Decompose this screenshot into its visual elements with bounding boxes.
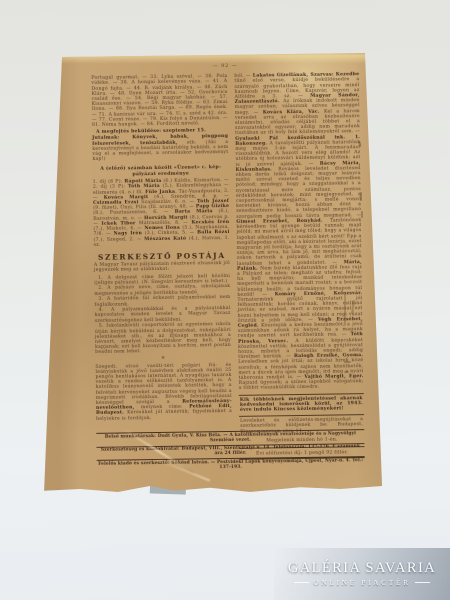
- text-segment: Mészáros Kató: [144, 236, 186, 242]
- watermark-rule-right: [415, 582, 430, 583]
- subscriber-notice: Kik többieknek megjelentetéssel akarnak …: [239, 394, 364, 417]
- school-notes-paragraph: Szegedi, olcsó vasúti-téri polgári fiú- …: [95, 363, 232, 422]
- photo-contest-heading: A (előző) számban közölt «Üzenet» c. kép…: [99, 166, 223, 179]
- text-segment: Rajzaid ügyesek; a színes lapokból válog…: [239, 379, 364, 391]
- left-column: Portugál gyarmat. — 33. Lyka szóval. — 3…: [91, 74, 232, 428]
- newspaper-page: — 92 — Portugál gyarmat. — 33. Lyka szóv…: [0, 0, 450, 600]
- text-segment: Rovásos leveledet díszítésed ebben derűs…: [236, 166, 362, 220]
- pencil-mark: [361, 211, 363, 218]
- pencil-mark: [360, 192, 362, 201]
- text-segment: (7.), Szeged, 2. —: [94, 237, 145, 243]
- rule-item-5: 5. Iskolánkívüli csoportokról az egyetem…: [95, 322, 231, 355]
- rule-item-4: 4. A pályamunkákkal és a pályázatokkal k…: [95, 306, 231, 324]
- auction-photo: { "watermark": { "title": "GALÉRIA SAVAR…: [0, 0, 450, 600]
- editor-replies: ból. — Lakatos Gizellának, Szarvas: Keze…: [234, 72, 363, 391]
- prizes-paragraph: Jutalmak: Könyvek, babák, pingpong felsz…: [92, 134, 228, 162]
- crossword-solutions: Portugál gyarmat. — 33. Lyka szóval. — 3…: [91, 74, 228, 128]
- pencil-mark: [344, 294, 346, 326]
- colophon-line-3: Felelős kiadó és szerkesztő: Sükösd Istv…: [97, 458, 365, 474]
- editors-post-heading: SZERKESZTŐ POSTÁJA: [94, 253, 230, 260]
- photo-contest-results: 1. díj (6 P): Rápoti Mária (6.) Káldis, …: [93, 178, 230, 248]
- right-column: ból. — Lakatos Gizellának, Szarvas: Keze…: [234, 72, 364, 426]
- watermark-title: GALÉRIA SAVARIA: [288, 561, 436, 576]
- watermark-subtitle: ONLINE PIACTÉR: [313, 578, 410, 587]
- watermark-subtitle-row: ONLINE PIACTÉR: [294, 578, 429, 587]
- page-number: — 92 —: [91, 62, 359, 71]
- gallery-watermark: GALÉRIA SAVARIA ONLINE PIACTÉR: [274, 548, 450, 600]
- rules-intro: A Magyar Tavasz pályázatain résztvevő ol…: [94, 261, 230, 273]
- pencil-mark: [344, 371, 349, 373]
- pencil-mark: [344, 361, 351, 363]
- watermark-rule-left: [294, 582, 309, 583]
- page-content: — 92 — Portugál gyarmat. — 33. Lyka szóv…: [91, 62, 365, 474]
- columns: Portugál gyarmat. — 33. Lyka szóval. — 3…: [91, 72, 364, 428]
